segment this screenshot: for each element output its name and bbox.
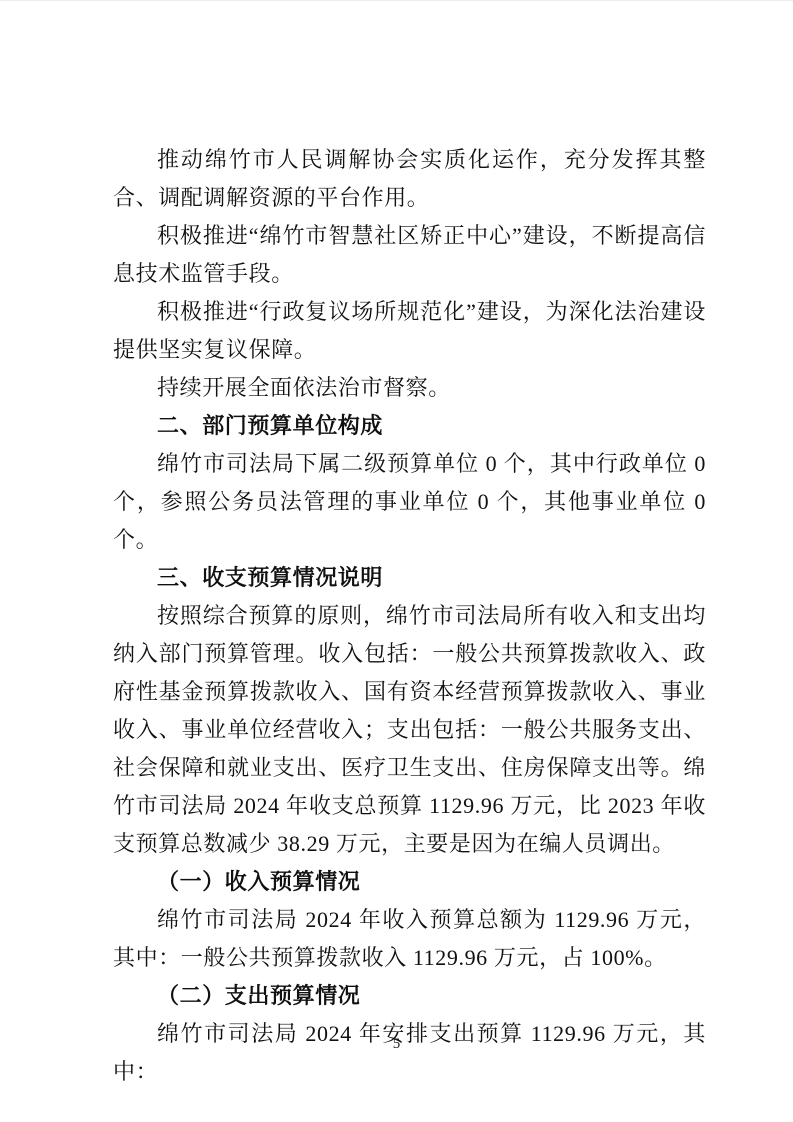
paragraph-income-detail: 绵竹市司法局 2024 年收入预算总额为 1129.96 万元，其中：一般公共预… xyxy=(113,901,706,977)
section-heading-budget-overview: 三、收支预算情况说明 xyxy=(113,559,706,597)
section-heading-budget-units: 二、部门预算单位构成 xyxy=(113,407,706,445)
page-number: 5 xyxy=(0,1036,793,1053)
subsection-heading-expenditure: （二）支出预算情况 xyxy=(113,977,706,1015)
paragraph-admin-review-sites: 积极推进“行政复议场所规范化”建设，为深化法治建设提供坚实复议保障。 xyxy=(113,293,706,369)
document-page: 推动绵竹市人民调解协会实质化运作，充分发挥其整合、调配调解资源的平台作用。 积极… xyxy=(0,0,793,1122)
paragraph-budget-units-detail: 绵竹市司法局下属二级预算单位 0 个，其中行政单位 0 个，参照公务员法管理的事… xyxy=(113,445,706,559)
paragraph-mediation-association: 推动绵竹市人民调解协会实质化运作，充分发挥其整合、调配调解资源的平台作用。 xyxy=(113,141,706,217)
paragraph-budget-overview-detail: 按照综合预算的原则，绵竹市司法局所有收入和支出均纳入部门预算管理。收入包括：一般… xyxy=(113,597,706,863)
document-body: 推动绵竹市人民调解协会实质化运作，充分发挥其整合、调配调解资源的平台作用。 积极… xyxy=(113,141,706,1091)
paragraph-smart-correction-center: 积极推进“绵竹市智慧社区矫正中心”建设，不断提高信息技术监管手段。 xyxy=(113,217,706,293)
subsection-heading-income: （一）收入预算情况 xyxy=(113,863,706,901)
paragraph-law-supervision: 持续开展全面依法治市督察。 xyxy=(113,369,706,407)
paragraph-expenditure-detail: 绵竹市司法局 2024 年安排支出预算 1129.96 万元，其中： xyxy=(113,1015,706,1091)
